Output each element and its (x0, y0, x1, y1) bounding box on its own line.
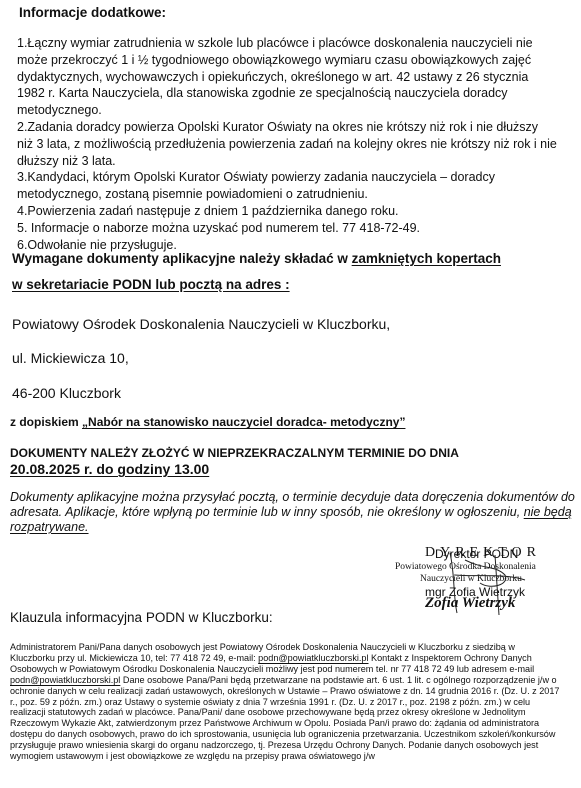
signature-scribble-icon (395, 545, 580, 620)
clause-text: Dane osobowe Pana/Pani będą przetwarzane… (120, 675, 556, 685)
deadline-heading: DOKUMENTY NALEŻY ZŁOŻYĆ W NIEPRZEKRACZAL… (10, 446, 459, 460)
clause-line: Administratorem Pani/Pana danych osobowy… (10, 642, 575, 653)
additional-info-list: 1.Łączny wymiar zatrudnienia w szkole lu… (17, 35, 557, 253)
clause-text: Kluczborku przy ul. Mickiewicza 10, tel:… (10, 653, 258, 663)
info-line: metodycznego, zostaną pisemnie powiadomi… (17, 186, 557, 203)
signature-block: DYREKTOR Powiatowego Ośrodka Doskonaleni… (395, 545, 580, 615)
clause-text: Kontakt z Inspektorem Ochrony Danych (369, 653, 532, 663)
clause-line: r., poz. 59 z późn. zm.) oraz Ustawy o s… (10, 697, 575, 708)
not-considered-emphasis: nie będą (524, 505, 572, 519)
envelope-note-quote: „Nabór na stanowisko nauczyciel doradca-… (82, 415, 405, 429)
info-line: 1.Łączny wymiar zatrudnienia w szkole lu… (17, 35, 557, 52)
additional-info-heading: Informacje dodatkowe: (19, 5, 166, 20)
clause-line: podn@powiatkluczborski.pl Dane osobowe P… (10, 675, 575, 686)
info-line: 2.Zadania doradcy powierza Opolski Kurat… (17, 119, 557, 136)
address-institution: Powiatowy Ośrodek Doskonalenia Nauczycie… (12, 316, 390, 332)
info-line: dydaktycznych, wychowawczych i opiekuńcz… (17, 69, 557, 86)
gdpr-clause: Administratorem Pani/Pana danych osobowy… (10, 642, 575, 762)
info-line: 4.Powierzenia zadań następuje z dniem 1 … (17, 203, 557, 220)
clause-line: ochronie danych w celu realizacji zadań … (10, 686, 575, 697)
postal-note-line: adresata. Aplikacje, które wpłyną po ter… (10, 505, 575, 520)
clause-line: dostępu do danych osobowych, prawo do ic… (10, 729, 575, 740)
envelope-note-prefix: z dopiskiem (10, 415, 82, 429)
clause-line: wymogiem ustawowym i jest obowiązkowe ze… (10, 751, 575, 762)
address-street: ul. Mickiewicza 10, (12, 350, 129, 366)
email-link[interactable]: podn@powiatkluczborski.pl (258, 653, 368, 663)
clause-line: przysługuje prawo wniesienia skargi do o… (10, 740, 575, 751)
required-docs-text: Wymagane dokumenty aplikacyjne należy sk… (12, 251, 352, 266)
clause-line: Osobowych w Powiatowym Ośrodku Doskonale… (10, 664, 575, 675)
address-postal-city: 46-200 Kluczbork (12, 385, 121, 401)
clause-line: Kluczborku przy ul. Mickiewicza 10, tel:… (10, 653, 575, 664)
postal-note-text: adresata. Aplikacje, które wpłyną po ter… (10, 505, 524, 519)
deadline-date: 20.08.2025 r. do godziny 13.00 (10, 461, 209, 477)
envelope-note: z dopiskiem „Nabór na stanowisko nauczyc… (10, 415, 405, 429)
required-docs-line-2: w sekretariacie PODN lub pocztą na adres… (12, 277, 290, 292)
postal-note-line: rozpatrywane. (10, 520, 575, 535)
info-line: niż 3 lata, z możliwością przedłużenia p… (17, 136, 557, 153)
closed-envelopes-emphasis: zamkniętych kopertach (352, 251, 501, 266)
info-line: może przekroczyć 1 i ½ tygodniowego obow… (17, 52, 557, 69)
info-line: 1982 r. Karta Nauczyciela, dla stanowisk… (17, 85, 557, 102)
clause-line: Rzeczowym Wykazie Akt, zatwierdzonym prz… (10, 718, 575, 729)
info-line: metodycznego. (17, 102, 557, 119)
postal-note: Dokumenty aplikacyjne można przysyłać po… (10, 490, 575, 535)
info-line: 5. Informacje o naborze można uzyskać po… (17, 220, 557, 237)
info-line: 3.Kandydaci, którym Opolski Kurator Oświ… (17, 169, 557, 186)
postal-note-line: Dokumenty aplikacyjne można przysyłać po… (10, 490, 575, 505)
required-docs-line-1: Wymagane dokumenty aplikacyjne należy sk… (12, 251, 501, 266)
clause-heading: Klauzula informacyjna PODN w Kluczborku: (10, 610, 273, 625)
email-link[interactable]: podn@powiatkluczborski.pl (10, 675, 120, 685)
info-line: dłuższy niż 3 lata. (17, 153, 557, 170)
clause-line: realizacji statutowych zadań w placówce.… (10, 707, 575, 718)
